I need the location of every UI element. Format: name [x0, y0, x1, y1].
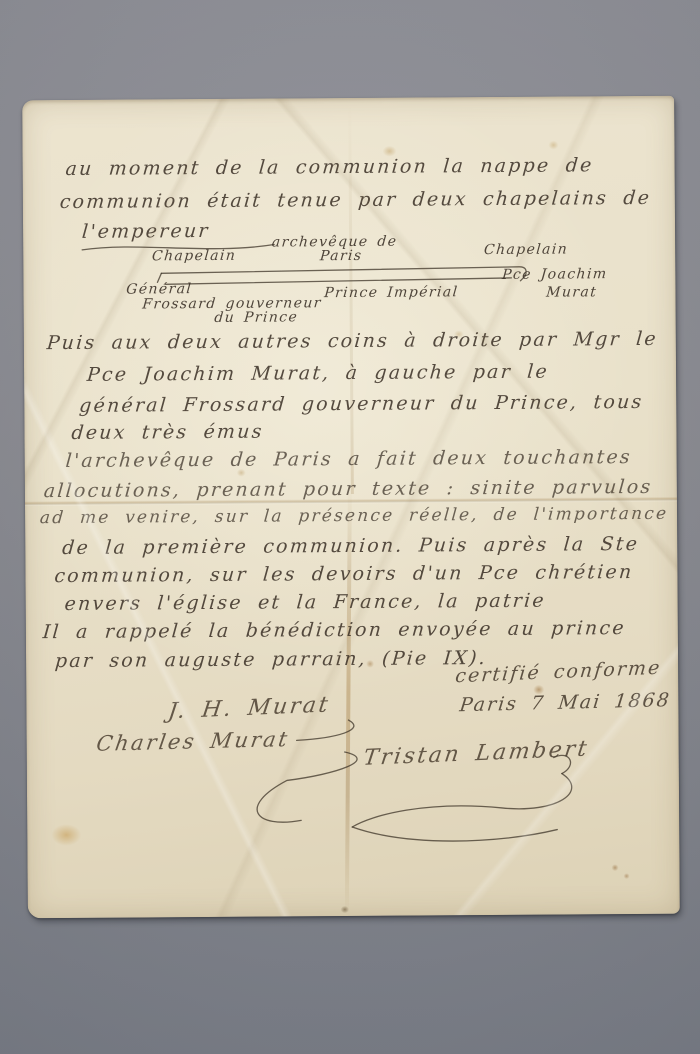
- diagram-label-archbishop-city: Paris: [319, 248, 363, 264]
- manuscript-line: Puis aux deux autres coins à droite par …: [46, 328, 659, 354]
- manuscript-line: Pce Joachim Murat, à gauche par le: [86, 361, 550, 386]
- manuscript-line: de la première communion. Puis après la …: [61, 533, 640, 559]
- signature-charles-murat: Charles Murat: [95, 727, 291, 756]
- manuscript-line: au moment de la communion la nappe de: [65, 154, 595, 180]
- manuscript-line: l'archevêque de Paris a fait deux toucha…: [65, 446, 633, 472]
- stain: [624, 873, 630, 879]
- manuscript-line: l'empereur: [81, 220, 210, 243]
- manuscript-line: communion était tenue par deux chapelain…: [59, 187, 652, 213]
- stain: [612, 864, 619, 871]
- stain: [341, 906, 349, 913]
- manuscript-line: communion, sur les devoirs d'un Pce chré…: [54, 561, 635, 587]
- stain: [51, 824, 81, 846]
- manuscript-line: allocutions, prenant pour texte : sinite…: [43, 476, 653, 502]
- signature-tristan-lambert: Tristan Lambert: [362, 737, 591, 771]
- diagram-label-general: Général: [126, 281, 193, 297]
- diagram-label-murat-name: Murat: [546, 284, 598, 300]
- diagram-label-chaplain-right: Chapelain: [483, 241, 569, 258]
- manuscript-line: ad me venire, sur la présence réelle, de…: [39, 504, 669, 528]
- diagram-label-murat-title: Pce Joachim: [501, 266, 608, 283]
- manuscript-line: Il a rappelé la bénédiction envoyée au p…: [42, 617, 627, 643]
- manuscript-line: deux très émus: [71, 421, 265, 444]
- diagram-label-prince-imperial: Prince Impérial: [324, 284, 460, 301]
- date-line: Paris 7 Mai 1868: [458, 689, 672, 716]
- manuscript-line: général Frossard gouverneur du Prince, t…: [78, 391, 644, 417]
- photo-background: au moment de la communion la nappe de co…: [0, 0, 700, 1054]
- manuscript-line: envers l'église et la France, la patrie: [64, 590, 547, 615]
- diagram-label-chaplain-left: Chapelain: [151, 248, 237, 265]
- manuscript-page: au moment de la communion la nappe de co…: [22, 96, 680, 919]
- diagram-label-of-prince: du Prince: [214, 309, 299, 326]
- stain: [548, 141, 558, 150]
- signature-flourish-lambert: [317, 751, 608, 883]
- signature-jh-murat: J. H. Murat: [167, 693, 332, 725]
- manuscript-line: par son auguste parrain, (Pie IX).: [54, 647, 488, 672]
